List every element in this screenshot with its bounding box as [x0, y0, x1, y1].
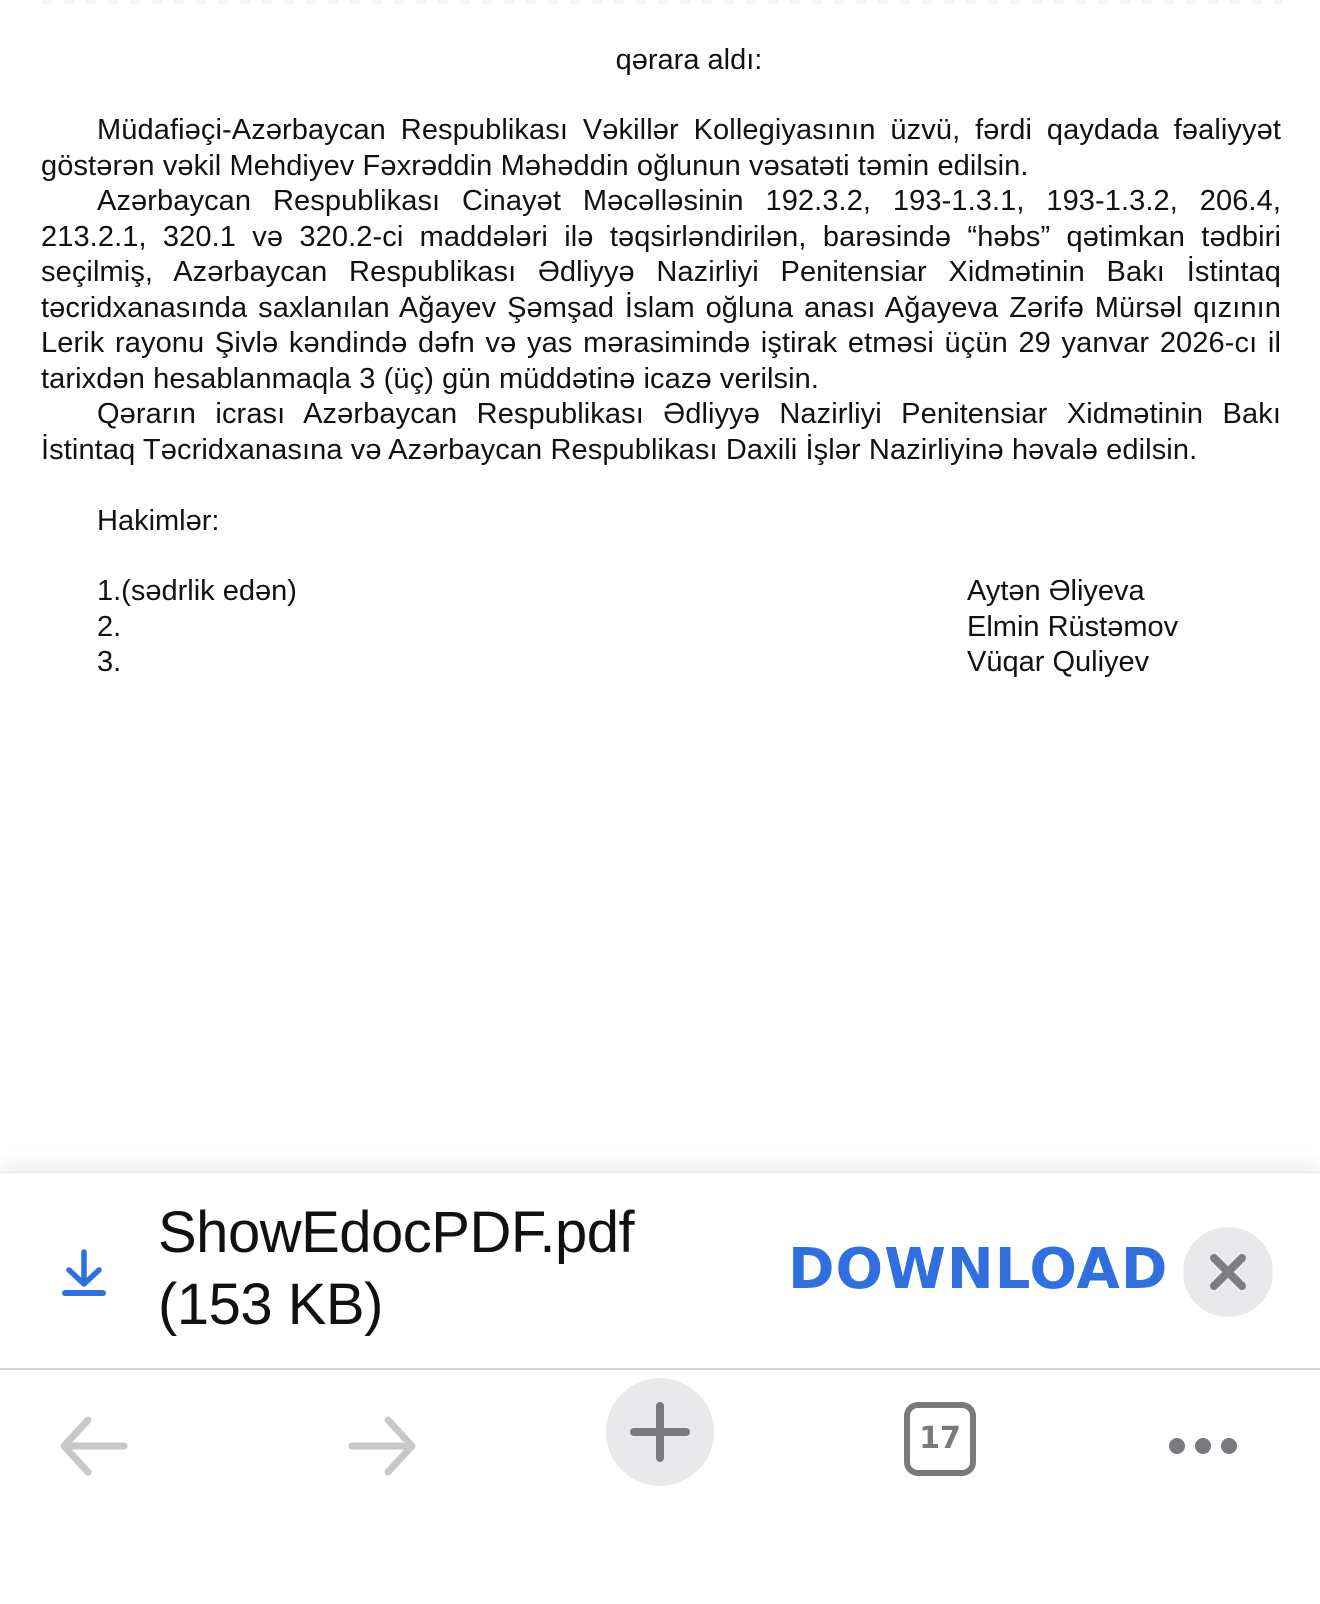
- ellipsis-icon: [1160, 1406, 1250, 1486]
- decision-body: Müdafiəçi-Azərbaycan Respublikası Vəkill…: [41, 113, 1281, 468]
- close-download-bar-button[interactable]: [1183, 1227, 1273, 1317]
- judge-number: 1.(sədrlik edən): [97, 574, 967, 610]
- new-tab-button[interactable]: [606, 1378, 714, 1486]
- forward-button[interactable]: [340, 1406, 420, 1486]
- download-file-info: ShowEdocPDF.pdf (153 KB): [158, 1197, 634, 1341]
- browser-bottom-toolbar: 17: [0, 1370, 1320, 1604]
- tab-switcher-button[interactable]: 17: [900, 1398, 980, 1478]
- close-x-icon: [1183, 1227, 1273, 1317]
- judge-number: 3.: [97, 645, 967, 681]
- paragraph-petition: Müdafiəçi-Azərbaycan Respublikası Vəkill…: [41, 113, 1281, 184]
- judge-number: 2.: [97, 610, 967, 646]
- judge-name: Elmin Rüstəmov: [967, 610, 1178, 646]
- download-bar: ShowEdocPDF.pdf (153 KB) DOWNLOAD: [0, 1172, 1320, 1369]
- pdf-document-view: qərara aldı: Müdafiəçi-Azərbaycan Respub…: [0, 0, 1320, 1172]
- cut-off-text-line: [42, 0, 1282, 4]
- judge-name: Aytən Əliyeva: [967, 574, 1145, 610]
- paragraph-execution: Qərarın icrası Azərbaycan Respublikası Ə…: [41, 397, 1281, 468]
- judge-row: 1.(sədrlik edən) Aytən Əliyeva: [97, 574, 1277, 610]
- download-arrow-icon: [61, 1248, 107, 1298]
- judge-name: Vüqar Quliyev: [967, 645, 1149, 681]
- judges-title: Hakimlər:: [97, 503, 219, 539]
- file-name: ShowEdocPDF.pdf: [158, 1197, 634, 1269]
- decision-heading: qərara aldı:: [0, 42, 1320, 78]
- download-button[interactable]: DOWNLOAD: [788, 1237, 1168, 1303]
- more-menu-button[interactable]: [1160, 1406, 1250, 1486]
- plus-icon: [606, 1378, 714, 1486]
- back-button[interactable]: [56, 1406, 136, 1486]
- judges-list: 1.(sədrlik edən) Aytən Əliyeva 2. Elmin …: [97, 574, 1277, 681]
- arrow-right-icon: [340, 1406, 420, 1486]
- tab-count-badge: 17: [904, 1402, 976, 1476]
- judge-row: 3. Vüqar Quliyev: [97, 645, 1277, 681]
- file-size: (153 KB): [158, 1269, 634, 1341]
- arrow-left-icon: [56, 1406, 136, 1486]
- judge-row: 2. Elmin Rüstəmov: [97, 610, 1277, 646]
- paragraph-permission: Azərbaycan Respublikası Cinayət Məcəlləs…: [41, 184, 1281, 397]
